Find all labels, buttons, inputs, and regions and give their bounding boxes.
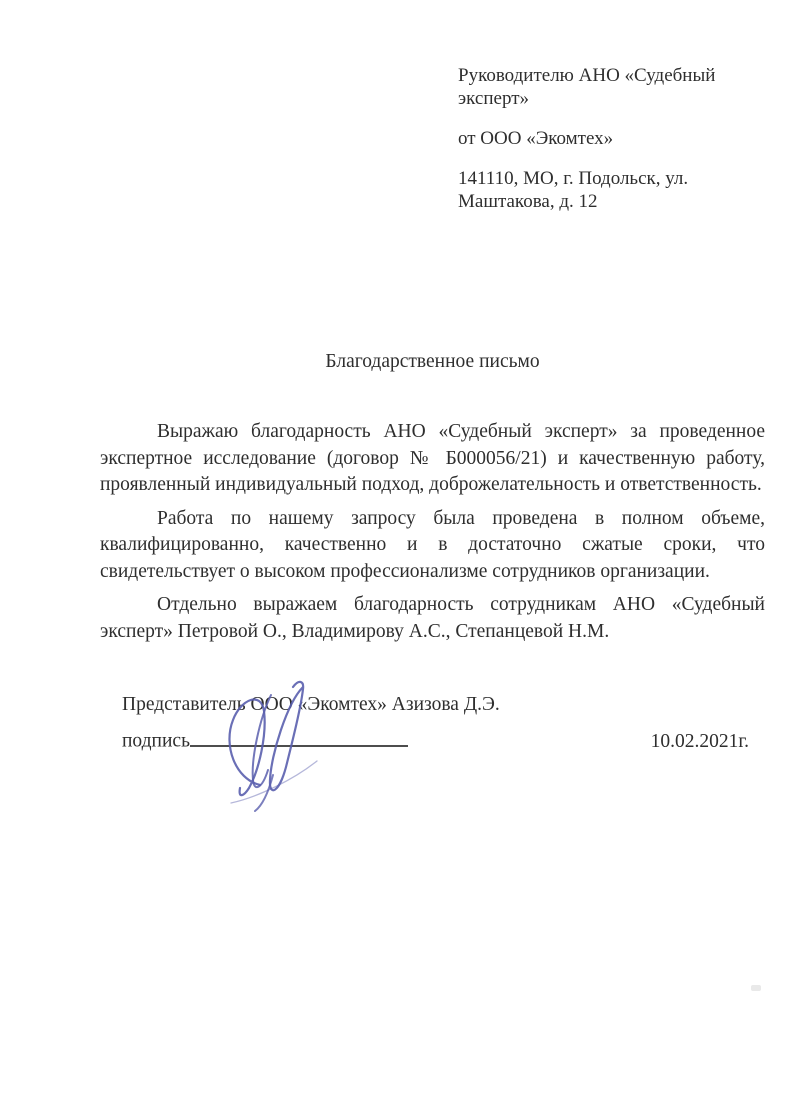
paragraph-gratitude: Выражаю благодарность АНО «Судебный эксп… <box>100 419 765 499</box>
recipient-address: 141110, МО, г. Подольск, ул. Маштакова, … <box>458 167 754 213</box>
letter-page: Руководителю АНО «Судебный эксперт» от О… <box>0 0 786 1115</box>
paragraph-work-quality: Работа по нашему запросу была проведена … <box>100 506 765 586</box>
signature-row: подпись 10.02.2021г. <box>122 727 755 753</box>
recipient-addressee: Руководителю АНО «Судебный эксперт» <box>458 64 754 110</box>
scan-artifact <box>751 985 761 991</box>
letter-date: 10.02.2021г. <box>651 731 755 753</box>
signature-line <box>190 727 408 747</box>
representative-line: Представитель ООО «Экомтех» Азизова Д.Э. <box>122 694 500 716</box>
letter-body: Выражаю благодарность АНО «Судебный эксп… <box>100 419 765 652</box>
letter-title: Благодарственное письмо <box>100 351 765 373</box>
recipient-block: Руководителю АНО «Судебный эксперт» от О… <box>458 64 754 230</box>
signature-label: подпись <box>122 731 190 752</box>
paragraph-staff-thanks: Отдельно выражаем благодарность сотрудни… <box>100 592 765 645</box>
signature-label-group: подпись <box>122 727 408 753</box>
recipient-sender: от ООО «Экомтех» <box>458 127 754 150</box>
